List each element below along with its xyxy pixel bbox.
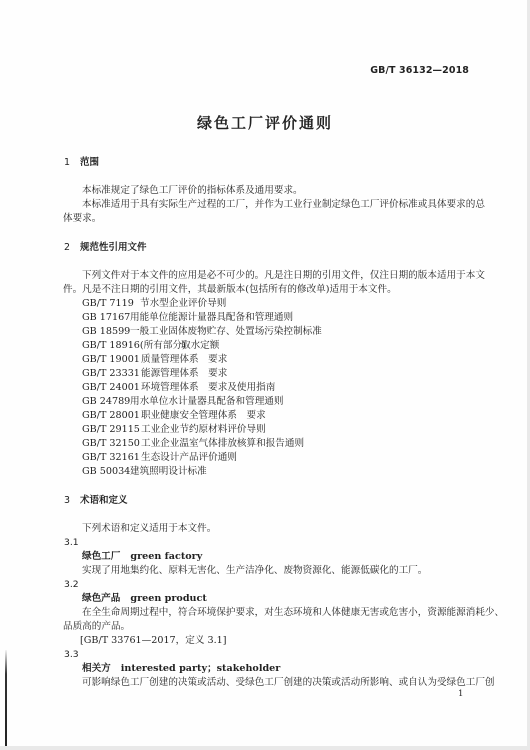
document-page: GB/T 36132—2018 绿色工厂评价通则 1范围 本标准规定了绿色工厂评… xyxy=(0,0,527,746)
reference-code: GB/T 24001 xyxy=(82,382,141,394)
reference-title: 工业企业节约原材料评价导则 xyxy=(141,424,266,435)
reference-code: GB/T 7119 xyxy=(82,298,140,310)
reference-code: GB/T 29115 xyxy=(82,424,141,436)
term-definition: 在全生命周期过程中，符合环境保护要求，对生态环境和人体健康无害或危害小，资源能源… xyxy=(82,607,504,619)
reference-code: GB 50034 xyxy=(82,466,130,478)
term-chinese: 相关方 xyxy=(82,663,111,674)
clause-number: 3.3 xyxy=(64,649,79,661)
paragraph: 下列文件对于本文件的应用是必不可少的。凡是注日期的引用文件，仅注日期的版本适用于… xyxy=(82,270,485,282)
reference-title: 建筑照明设计标准 xyxy=(130,466,207,477)
reference-title: 一般工业固体废物贮存、处置场污染控制标准 xyxy=(130,326,322,337)
reference-code: GB 17167 xyxy=(82,312,130,324)
document-title: 绿色工厂评价通则 xyxy=(0,112,530,133)
reference-item: GB/T 32161生态设计产品评价通则 xyxy=(82,452,237,464)
section-number: 2 xyxy=(64,242,80,254)
section-title: 规范性引用文件 xyxy=(80,242,147,253)
reference-item: GB/T 24001环境管理体系 要求及使用指南 xyxy=(82,382,275,394)
clause-number: 3.2 xyxy=(64,579,79,591)
reference-item: GB/T 29115工业企业节约原材料评价导则 xyxy=(82,424,266,436)
reference-title: 用水单位水计量器具配备和管理通则 xyxy=(130,396,284,407)
reference-title: 质量管理体系 要求 xyxy=(141,354,227,365)
reference-code: GB 18599 xyxy=(82,326,130,338)
reference-title: 用能单位能源计量器具配备和管理通则 xyxy=(130,312,293,323)
reference-title: 能源管理体系 要求 xyxy=(141,368,227,379)
term-source: [GB/T 33761—2017，定义 3.1] xyxy=(80,635,227,647)
term-definition: 实现了用地集约化、原料无害化、生产洁净化、废物资源化、能源低碳化的工厂。 xyxy=(82,565,427,577)
term-heading: 绿色工厂green factory xyxy=(82,551,202,563)
term-english: interested party；stakeholder xyxy=(121,663,281,674)
reference-code: GB/T 23331 xyxy=(82,368,141,380)
term-english: green factory xyxy=(130,551,202,562)
reference-item: GB 24789用水单位水计量器具配备和管理通则 xyxy=(82,396,284,408)
section-number: 1 xyxy=(64,157,80,169)
term-heading: 绿色产品green product xyxy=(82,593,207,605)
reference-code: GB/T 32150 xyxy=(82,438,141,450)
page-number: 1 xyxy=(458,689,463,699)
reference-item: GB/T 18916(所有部分)取水定额 xyxy=(82,340,219,352)
reference-item: GB/T 19001质量管理体系 要求 xyxy=(82,354,227,366)
clause-number: 3.1 xyxy=(64,537,79,549)
reference-code: GB/T 28001 xyxy=(82,410,141,422)
paragraph-continued: 件。凡是不注日期的引用文件，其最新版本(包括所有的修改单)适用于本文件。 xyxy=(63,284,397,296)
paragraph-continued: 体要求。 xyxy=(63,213,101,225)
reference-item: GB/T 28001职业健康安全管理体系 要求 xyxy=(82,410,266,422)
term-definition-continued: 品质高的产品。 xyxy=(63,621,130,633)
reference-item: GB 17167用能单位能源计量器具配备和管理通则 xyxy=(82,312,293,324)
section-heading-normative-references: 2规范性引用文件 xyxy=(64,242,147,254)
term-definition: 可影响绿色工厂创建的决策或活动、受绿色工厂创建的决策或活动所影响、或自认为受绿色… xyxy=(82,677,495,689)
section-title: 范围 xyxy=(80,157,99,168)
paragraph: 本标准适用于具有实际生产过程的工厂，并作为工业行业制定绿色工厂评价标准或具体要求… xyxy=(82,199,485,211)
page-edge-shadow xyxy=(5,650,7,746)
reference-item: GB 18599一般工业固体废物贮存、处置场污染控制标准 xyxy=(82,326,322,338)
section-number: 3 xyxy=(64,495,80,507)
reference-title: 生态设计产品评价通则 xyxy=(141,452,237,463)
reference-code: GB/T 19001 xyxy=(82,354,141,366)
reference-title: 职业健康安全管理体系 要求 xyxy=(141,410,266,421)
reference-item: GB/T 7119节水型企业评价导则 xyxy=(82,298,226,310)
reference-title: 工业企业温室气体排放核算和报告通则 xyxy=(141,438,304,449)
reference-item: GB 50034建筑照明设计标准 xyxy=(82,466,207,478)
term-english: green product xyxy=(130,593,206,604)
term-heading: 相关方interested party；stakeholder xyxy=(82,663,280,675)
reference-title: 环境管理体系 要求及使用指南 xyxy=(141,382,275,393)
section-heading-scope: 1范围 xyxy=(64,157,99,169)
paragraph: 下列术语和定义适用于本文件。 xyxy=(82,523,216,535)
reference-item: GB/T 32150工业企业温室气体排放核算和报告通则 xyxy=(82,438,304,450)
term-chinese: 绿色产品 xyxy=(82,593,120,604)
section-title: 术语和定义 xyxy=(80,495,128,506)
reference-code: GB 24789 xyxy=(82,396,130,408)
section-heading-terms-definitions: 3术语和定义 xyxy=(64,495,128,507)
term-chinese: 绿色工厂 xyxy=(82,551,120,562)
reference-code: GB/T 18916(所有部分) xyxy=(82,340,181,352)
standard-code: GB/T 36132—2018 xyxy=(370,65,469,76)
reference-title: 节水型企业评价导则 xyxy=(140,298,226,309)
reference-title: 取水定额 xyxy=(181,340,219,351)
paragraph: 本标准规定了绿色工厂评价的指标体系及通用要求。 xyxy=(82,185,303,197)
reference-code: GB/T 32161 xyxy=(82,452,141,464)
reference-item: GB/T 23331能源管理体系 要求 xyxy=(82,368,227,380)
